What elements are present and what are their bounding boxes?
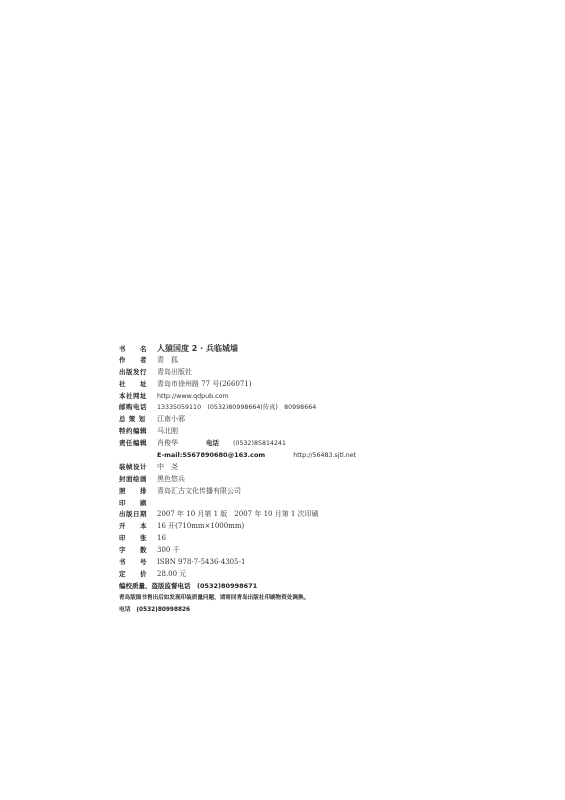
row-sheets: 印 张 16 bbox=[119, 533, 419, 545]
label: 出版日期 bbox=[119, 509, 157, 521]
label: 开 本 bbox=[119, 521, 157, 533]
format: 16 开(710mm×1000mm) bbox=[157, 521, 244, 533]
mail-order-phone: 13335059110 (0532)80998664(传真) 80998664 bbox=[157, 402, 316, 414]
row-planner: 总 策 划 江南小邪 bbox=[119, 414, 419, 426]
label: 印 张 bbox=[119, 533, 157, 545]
book-title: 人猿国度 2 · 兵临城墙 bbox=[157, 343, 238, 355]
row-cover-art: 封面绘画 黑色悠兵 bbox=[119, 474, 419, 486]
row-special-editor: 特约编辑 马北刚 bbox=[119, 426, 419, 438]
row-pub-date: 出版日期 2007 年 10 月第 1 版 2007 年 10 月第 1 次印刷 bbox=[119, 509, 419, 521]
sheets: 16 bbox=[157, 533, 166, 545]
url: http://56483.sjtl.net bbox=[293, 450, 356, 462]
row-title: 书 名 人猿国度 2 · 兵临城墙 bbox=[119, 343, 419, 355]
label: 总 策 划 bbox=[119, 414, 157, 426]
label: 邮购电话 bbox=[119, 402, 157, 414]
row-service-phone: 电话 (0532)80998826 bbox=[119, 605, 419, 617]
service-phone: 电话 (0532)80998826 bbox=[119, 605, 190, 617]
label: 特约编辑 bbox=[119, 426, 157, 438]
email: E-mail:5567890680@163.com bbox=[157, 450, 265, 462]
typesetter: 青岛汇古文化传播有限公司 bbox=[157, 486, 241, 498]
row-website: 本社网址 http://www.qdpub.com bbox=[119, 391, 419, 403]
label: 出版发行 bbox=[119, 367, 157, 379]
word-count: 300 千 bbox=[157, 545, 180, 557]
row-format: 开 本 16 开(710mm×1000mm) bbox=[119, 521, 419, 533]
label: 字 数 bbox=[119, 545, 157, 557]
label: 装帧设计 bbox=[119, 462, 157, 474]
isbn: ISBN 978-7-5436-4305-1 bbox=[157, 557, 245, 569]
planner: 江南小邪 bbox=[157, 414, 185, 426]
row-mail-order: 邮购电话 13335059110 (0532)80998664(传真) 8099… bbox=[119, 402, 419, 414]
row-notice: 青岛版图书售出后如发现印装质量问题，请寄回青岛出版社印刷物资处调换。 bbox=[119, 593, 419, 605]
address: 青岛市徐州路 77 号(266071) bbox=[157, 379, 252, 391]
designer: 中 尧 bbox=[157, 462, 178, 474]
row-design: 装帧设计 中 尧 bbox=[119, 462, 419, 474]
label: 定 价 bbox=[119, 569, 157, 581]
copyright-block: 书 名 人猿国度 2 · 兵临城墙 作 者 青 狐 出版发行 青岛出版社 社 址… bbox=[119, 343, 419, 616]
website: http://www.qdpub.com bbox=[157, 391, 229, 403]
cover-artist: 黑色悠兵 bbox=[157, 474, 185, 486]
phone-label: 电话 bbox=[206, 438, 219, 450]
row-editor: 责任编辑 肖俊华 电话 (0532)85814241 bbox=[119, 438, 419, 450]
row-contact: E-mail:5567890680@163.com http://56483.s… bbox=[119, 450, 419, 462]
label: 封面绘画 bbox=[119, 474, 157, 486]
label: 社 址 bbox=[119, 379, 157, 391]
label: 印 刷 bbox=[119, 498, 157, 510]
price: 28.00 元 bbox=[157, 569, 186, 581]
row-typesetting: 照 排 青岛汇古文化传播有限公司 bbox=[119, 486, 419, 498]
pub-date: 2007 年 10 月第 1 版 2007 年 10 月第 1 次印刷 bbox=[157, 509, 319, 521]
label: 书 号 bbox=[119, 557, 157, 569]
publisher: 青岛出版社 bbox=[157, 367, 192, 379]
row-quality: 编校质量、盗版监督电话 (0532)80998671 bbox=[119, 581, 419, 593]
label: 责任编辑 bbox=[119, 438, 157, 450]
row-price: 定 价 28.00 元 bbox=[119, 569, 419, 581]
author: 青 狐 bbox=[157, 355, 178, 367]
quality-hotline: 编校质量、盗版监督电话 (0532)80998671 bbox=[119, 581, 257, 593]
special-editor: 马北刚 bbox=[157, 426, 178, 438]
row-author: 作 者 青 狐 bbox=[119, 355, 419, 367]
label: 作 者 bbox=[119, 355, 157, 367]
row-isbn: 书 号 ISBN 978-7-5436-4305-1 bbox=[119, 557, 419, 569]
editor: 肖俊华 bbox=[157, 438, 178, 450]
label: 本社网址 bbox=[119, 391, 157, 403]
row-address: 社 址 青岛市徐州路 77 号(266071) bbox=[119, 379, 419, 391]
editor-phone: (0532)85814241 bbox=[233, 438, 286, 450]
return-notice: 青岛版图书售出后如发现印装质量问题，请寄回青岛出版社印刷物资处调换。 bbox=[119, 593, 309, 605]
label: 照 排 bbox=[119, 486, 157, 498]
row-printing: 印 刷 bbox=[119, 498, 419, 510]
row-publisher: 出版发行 青岛出版社 bbox=[119, 367, 419, 379]
row-word-count: 字 数 300 千 bbox=[119, 545, 419, 557]
